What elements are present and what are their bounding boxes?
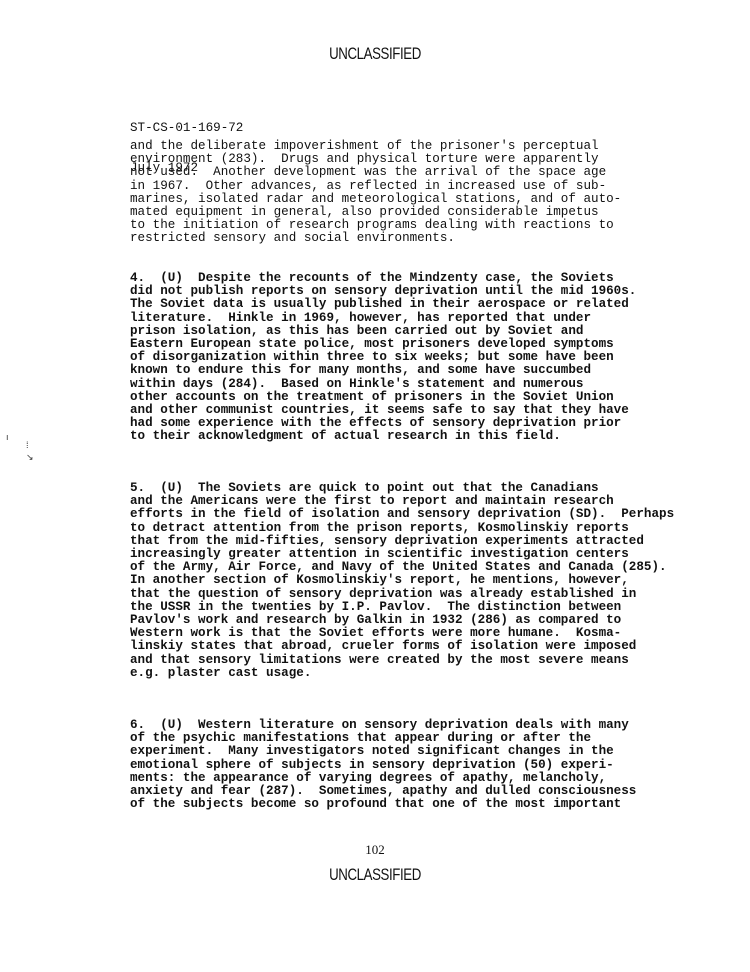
text-line: to their acknowledgment of actual resear… [130, 430, 636, 443]
text-line: within days (284). Based on Hinkle's sta… [130, 378, 636, 391]
page-number: 102 [0, 842, 750, 858]
classification-marking-top: UNCLASSIFIED [83, 44, 668, 64]
paragraph-6: 6. (U) Western literature on sensory dep… [130, 719, 636, 811]
text-line: efforts in the field of isolation and se… [130, 508, 674, 521]
classification-marking-bottom: UNCLASSIFIED [83, 865, 668, 885]
text-line: emotional sphere of subjects in sensory … [130, 759, 636, 772]
text-line: in 1967. Other advances, as reflected in… [130, 180, 621, 193]
margin-scan-artifact: ⁞ [26, 440, 29, 450]
text-line: not used. Another development was the ar… [130, 166, 621, 179]
text-line: restricted sensory and social environmen… [130, 232, 621, 245]
text-line: experiment. Many investigators noted sig… [130, 745, 636, 758]
text-line: linskiy states that abroad, crueler form… [130, 640, 674, 653]
text-line: of the subjects become so profound that … [130, 798, 636, 811]
text-line: e.g. plaster cast usage. [130, 667, 674, 680]
document-id: ST-CS-01-169-72 [130, 122, 243, 135]
text-line: that the question of sensory deprivation… [130, 588, 674, 601]
text-line: literature. Hinkle in 1969, however, has… [130, 312, 636, 325]
text-line: and that sensory limitations were create… [130, 654, 674, 667]
paragraph-4: 4. (U) Despite the recounts of the Mindz… [130, 272, 636, 444]
paragraph-5: 5. (U) The Soviets are quick to point ou… [130, 482, 674, 680]
paragraph-continuation: and the deliberate impoverishment of the… [130, 140, 621, 246]
margin-scan-artifact: ↘ [26, 452, 34, 463]
text-line: known to endure this for many months, an… [130, 364, 636, 377]
margin-scan-artifact: ı [6, 432, 9, 442]
text-line: In another section of Kosmolinskiy's rep… [130, 574, 674, 587]
text-line: to detract attention from the prison rep… [130, 522, 674, 535]
text-line: The Soviet data is usually published in … [130, 298, 636, 311]
